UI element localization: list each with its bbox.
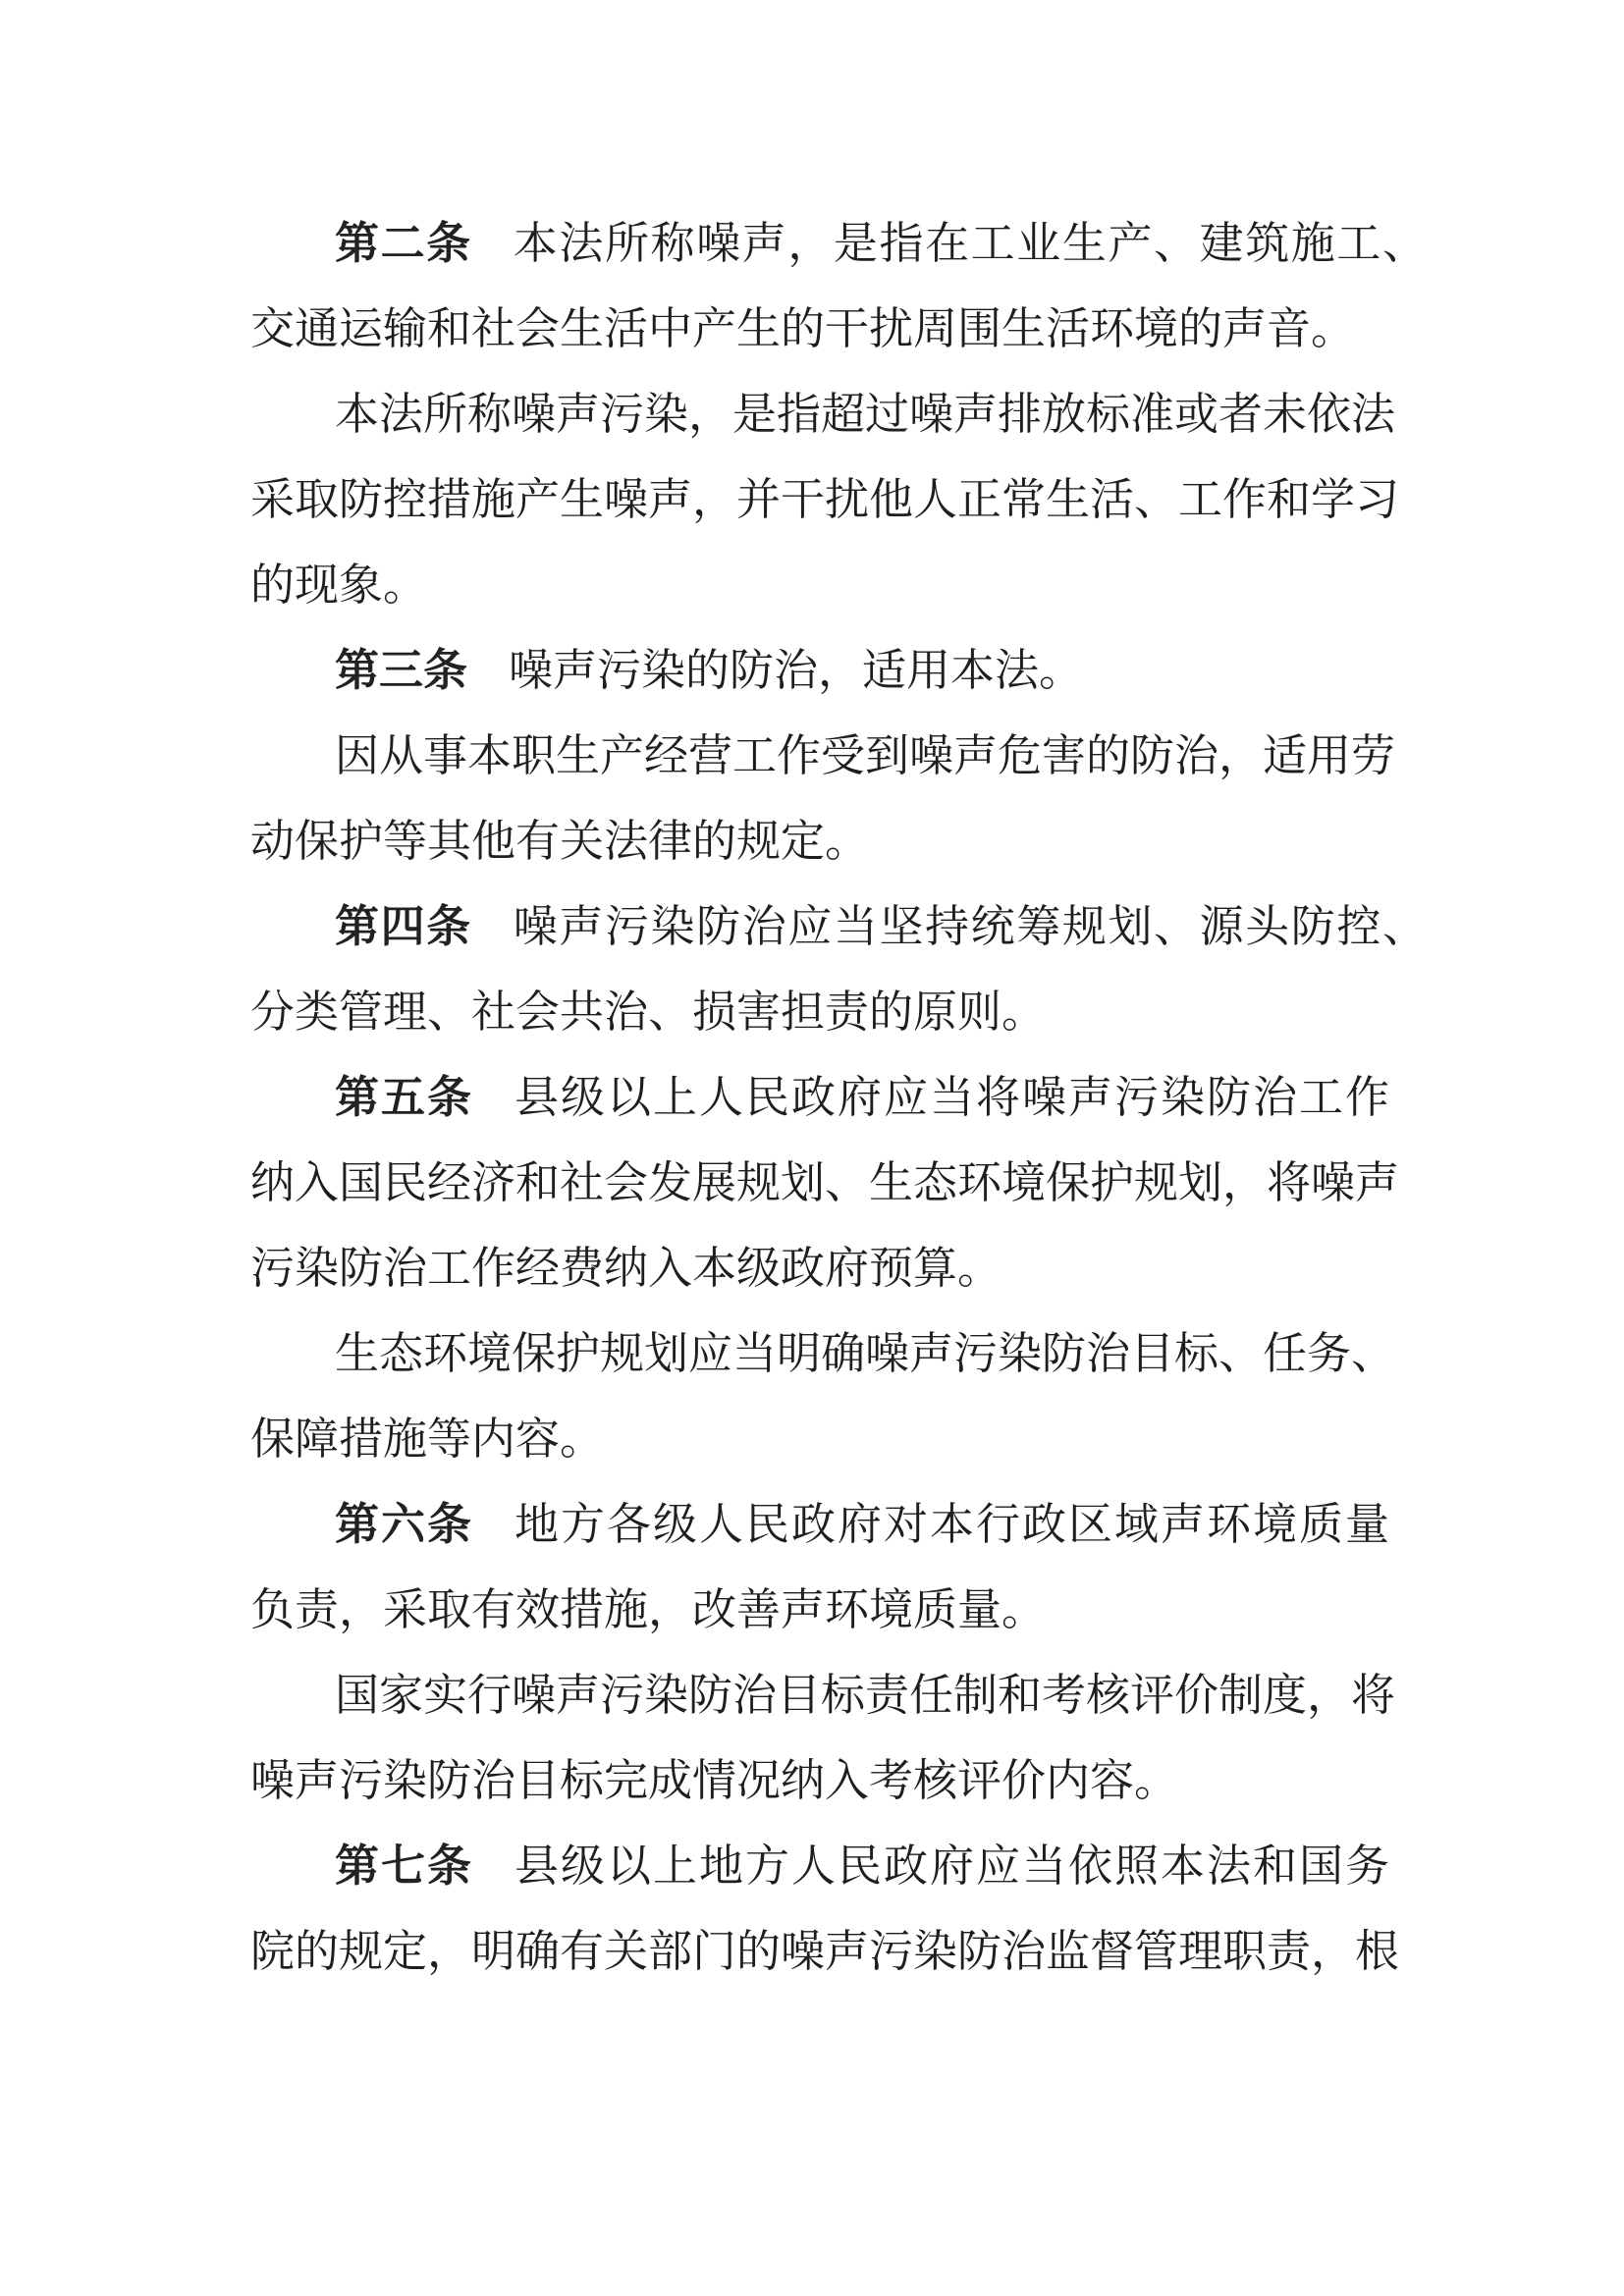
line-text: 院的规定，明确有关部门的噪声污染防治监督管理职责，根: [250, 1925, 1399, 1977]
text-line: 第二条本法所称噪声，是指在工业生产、建筑施工、: [250, 214, 1385, 273]
text-line: 采取防控措施产生噪声，并干扰他人正常生活、工作和学习: [250, 470, 1385, 529]
document-page: 第二条本法所称噪声，是指在工业生产、建筑施工、 交通运输和社会生活中产生的干扰周…: [0, 0, 1624, 2296]
text-line: 第六条地方各级人民政府对本行政区域声环境质量: [250, 1495, 1385, 1554]
line-text: 地方各级人民政府对本行政区域声环境质量: [514, 1498, 1391, 1550]
line-text: 生态环境保护规划应当明确噪声污染防治目标、任务、: [335, 1327, 1395, 1379]
text-line: 污染防治工作经费纳入本级政府预算。: [250, 1239, 1385, 1298]
text-line: 本法所称噪声污染，是指超过噪声排放标准或者未依法: [250, 385, 1385, 444]
line-text: 保障措施等内容。: [250, 1413, 604, 1465]
line-text: 噪声污染的防治，适用本法。: [509, 644, 1083, 696]
text-line: 国家实行噪声污染防治目标责任制和考核评价制度，将: [250, 1666, 1385, 1725]
text-line: 因从事本职生产经营工作受到噪声危害的防治，适用劳: [250, 726, 1385, 785]
text-line: 噪声污染防治目标完成情况纳入考核评价内容。: [250, 1751, 1385, 1810]
line-text: 县级以上人民政府应当将噪声污染防治工作: [514, 1071, 1391, 1123]
line-text: 因从事本职生产经营工作受到噪声危害的防治，适用劳: [335, 729, 1395, 781]
text-line: 生态环境保护规划应当明确噪声污染防治目标、任务、: [250, 1324, 1385, 1383]
line-text: 动保护等其他有关法律的规定。: [250, 815, 869, 867]
article-heading: 第二条: [335, 217, 472, 269]
line-text: 国家实行噪声污染防治目标责任制和考核评价制度，将: [335, 1669, 1395, 1721]
article-heading: 第六条: [335, 1498, 473, 1550]
text-line: 保障措施等内容。: [250, 1410, 1385, 1468]
text-line: 第三条噪声污染的防治，适用本法。: [250, 641, 1385, 700]
line-text: 采取防控措施产生噪声，并干扰他人正常生活、工作和学习: [250, 473, 1399, 525]
article-heading: 第五条: [335, 1071, 473, 1123]
line-text: 本法所称噪声污染，是指超过噪声排放标准或者未依法: [335, 388, 1395, 440]
article-heading: 第三条: [335, 644, 467, 696]
text-line: 负责，采取有效措施，改善声环境质量。: [250, 1580, 1385, 1639]
text-line: 第七条县级以上地方人民政府应当依照本法和国务: [250, 1837, 1385, 1896]
line-text: 噪声污染防治应当坚持统筹规划、源头防控、: [514, 900, 1429, 952]
text-line: 动保护等其他有关法律的规定。: [250, 812, 1385, 871]
line-text: 本法所称噪声，是指在工业生产、建筑施工、: [514, 217, 1429, 269]
text-line: 纳入国民经济和社会发展规划、生态环境保护规划，将噪声: [250, 1153, 1385, 1212]
line-text: 交通运输和社会生活中产生的干扰周围生活环境的声音。: [250, 302, 1355, 354]
text-line: 的现象。: [250, 556, 1385, 614]
line-text: 的现象。: [250, 559, 427, 611]
article-heading: 第四条: [335, 900, 472, 952]
line-text: 负责，采取有效措施，改善声环境质量。: [250, 1583, 1046, 1635]
text-line: 第五条县级以上人民政府应当将噪声污染防治工作: [250, 1068, 1385, 1127]
text-line: 交通运输和社会生活中产生的干扰周围生活环境的声音。: [250, 299, 1385, 358]
text-line: 第四条噪声污染防治应当坚持统筹规划、源头防控、: [250, 897, 1385, 956]
line-text: 污染防治工作经费纳入本级政府预算。: [250, 1242, 1001, 1294]
text-line: 分类管理、社会共治、损害担责的原则。: [250, 983, 1385, 1041]
text-line: 院的规定，明确有关部门的噪声污染防治监督管理职责，根: [250, 1922, 1385, 1981]
article-heading: 第七条: [335, 1840, 473, 1892]
line-text: 噪声污染防治目标完成情况纳入考核评价内容。: [250, 1754, 1178, 1806]
line-text: 县级以上地方人民政府应当依照本法和国务: [514, 1840, 1391, 1892]
line-text: 纳入国民经济和社会发展规划、生态环境保护规划，将噪声: [250, 1156, 1399, 1208]
line-text: 分类管理、社会共治、损害担责的原则。: [250, 986, 1046, 1038]
